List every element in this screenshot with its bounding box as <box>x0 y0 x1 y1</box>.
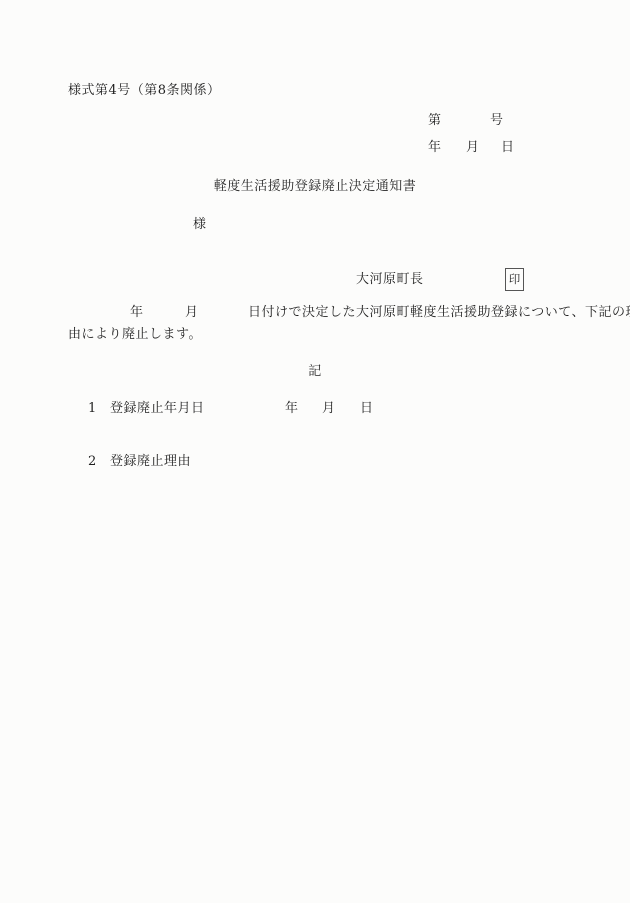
item-2-label: 登録廃止理由 <box>110 454 191 469</box>
item-1-year-label: 年 <box>285 401 299 416</box>
body-text-line1: 日付けで決定した大河原町軽度生活援助登録について、下記の理 <box>248 305 630 320</box>
body-date-year-blank: 年 <box>130 305 144 320</box>
date-month-label: 月 <box>466 140 480 155</box>
date-day-label: 日 <box>501 140 515 155</box>
document-title: 軽度生活援助登録廃止決定通知書 <box>0 179 630 194</box>
seal-mark: 印 <box>505 268 524 291</box>
item-2-number: 2 <box>88 454 97 469</box>
item-1-number: 1 <box>88 401 97 416</box>
body-date-month-blank: 月 <box>185 305 199 320</box>
body-text-line2: 由により廃止します。 <box>68 327 202 342</box>
addressee-honorific: 様 <box>193 217 207 232</box>
document-page: 様式第4号（第8条関係） 第 号 年 月 日 軽度生活援助登録廃止決定通知書 様… <box>0 0 630 903</box>
sender-name: 大河原町長 <box>356 272 424 287</box>
doc-number-prefix: 第 <box>428 113 442 128</box>
date-year-label: 年 <box>428 140 442 155</box>
doc-number-suffix: 号 <box>490 113 504 128</box>
form-number: 様式第4号（第8条関係） <box>68 83 221 98</box>
item-1-label: 登録廃止年月日 <box>110 401 205 416</box>
item-1-month-label: 月 <box>322 401 336 416</box>
seal-mark-label: 印 <box>509 274 521 286</box>
item-1-day-label: 日 <box>360 401 374 416</box>
notice-marker: 記 <box>0 364 630 379</box>
